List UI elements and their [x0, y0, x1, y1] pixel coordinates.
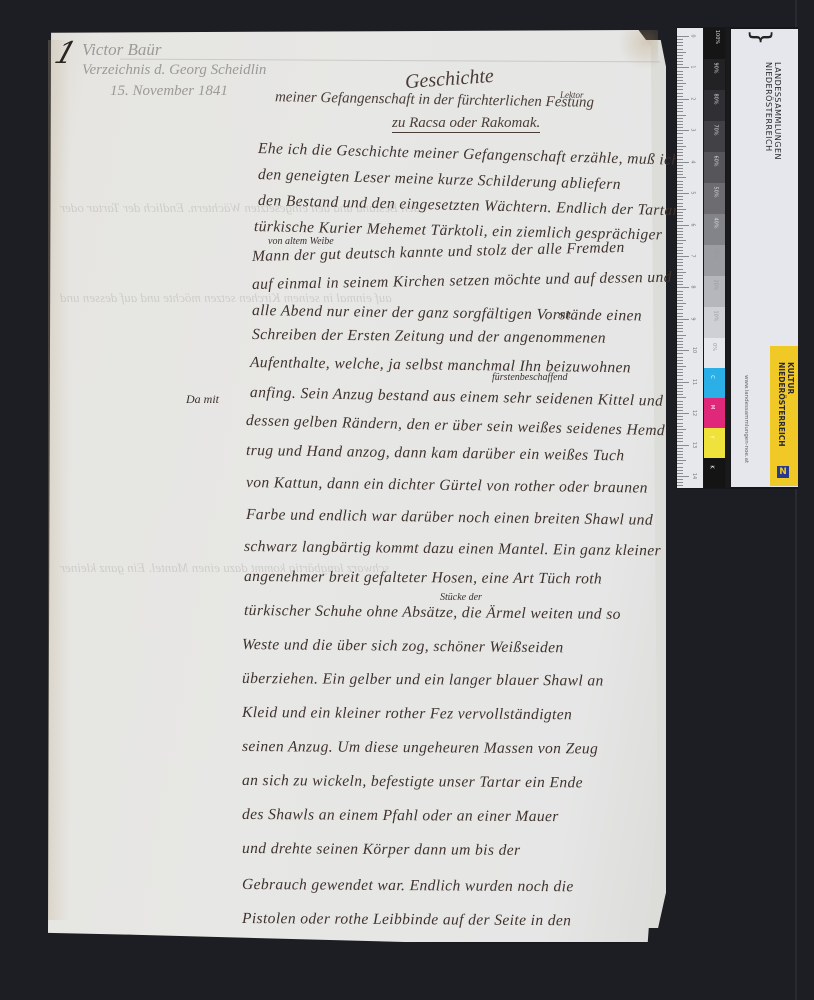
ruler-number: 7 — [690, 254, 696, 257]
ruler-tick — [677, 416, 683, 417]
ruler-tick — [677, 184, 683, 185]
ruler-tick — [677, 435, 683, 436]
ruler-tick — [677, 140, 683, 141]
ruler-tick — [677, 335, 686, 336]
ruler-tick — [677, 309, 683, 310]
ruler-number: 4 — [690, 160, 696, 163]
interlinear-note: fürstenbeschaffend — [492, 372, 568, 383]
ruler-number: 2 — [690, 97, 696, 100]
ruler-tick — [677, 152, 683, 153]
manuscript-line: angenehmer breit gefalteter Hosen, eine … — [244, 568, 602, 588]
ruler-tick — [677, 39, 683, 40]
patch-label: 40% — [713, 217, 719, 228]
ruler-tick — [677, 322, 683, 323]
ruler-number: 1 — [690, 66, 696, 69]
ruler-tick — [677, 55, 683, 56]
ruler-number: 13 — [691, 441, 697, 447]
ruler-tick — [677, 313, 683, 314]
patch-label: 80% — [713, 93, 719, 104]
ruler-tick — [677, 265, 683, 266]
ruler-tick — [677, 423, 683, 424]
ruler-tick — [677, 419, 683, 420]
archive-note-date: 15. November 1841 — [110, 83, 228, 100]
ruler-tick — [677, 215, 683, 216]
ruler-tick — [677, 391, 683, 392]
ruler-tick — [677, 379, 683, 380]
ruler-tick — [677, 108, 683, 109]
patch-label: Y — [709, 435, 715, 438]
ruler-tick — [677, 256, 689, 257]
ruler-tick — [677, 77, 683, 78]
color-patch-k: K — [704, 458, 725, 488]
ruler-tick — [677, 300, 683, 301]
ruler-tick — [677, 287, 689, 288]
ruler-tick — [677, 441, 683, 442]
ruler-tick — [677, 96, 683, 97]
ruler-tick — [677, 479, 683, 480]
ruler-tick — [677, 460, 686, 461]
ruler-tick — [677, 278, 683, 279]
ruler-tick — [677, 133, 683, 134]
ruler-number: 0 — [690, 34, 696, 37]
ruler-tick — [677, 272, 686, 273]
gray-patch: 10% — [704, 307, 725, 338]
ruler-tick — [677, 385, 683, 386]
gray-patch: 70% — [704, 121, 725, 152]
ruler-tick — [677, 67, 689, 68]
ruler-tick — [677, 397, 686, 398]
ruler-tick — [677, 121, 683, 122]
ruler-tick — [677, 401, 683, 402]
ruler-tick — [677, 212, 683, 213]
color-patch-c: C — [704, 368, 725, 398]
ruler-tick — [677, 193, 689, 194]
ruler-tick — [677, 168, 683, 169]
ruler-tick — [677, 366, 686, 367]
patch-label: 70% — [713, 124, 719, 135]
ruler-tick — [677, 407, 683, 408]
ruler-tick — [677, 89, 683, 90]
measurement-ruler: 01234567891011121314 — [677, 28, 703, 488]
patch-label: 30% — [713, 248, 719, 259]
ruler-tick — [677, 303, 686, 304]
ruler-tick — [677, 42, 683, 43]
ruler-tick — [677, 74, 683, 75]
ruler-tick — [677, 93, 683, 94]
patch-label: 50% — [713, 186, 719, 197]
gray-patch: 30% — [704, 245, 725, 276]
ruler-tick — [677, 394, 683, 395]
ruler-tick — [677, 294, 683, 295]
ruler-tick — [677, 61, 683, 62]
ruler-tick — [677, 190, 683, 191]
patch-label: C — [709, 375, 715, 379]
ruler-tick — [677, 221, 683, 222]
ruler-tick — [677, 413, 689, 414]
ruler-tick — [677, 228, 683, 229]
ruler-tick — [677, 250, 683, 251]
archive-note-author: Victor Baür — [82, 40, 161, 60]
brand-line-2: NIEDERÖSTERREICH — [777, 362, 786, 447]
ruler-tick — [677, 291, 683, 292]
ruler-tick — [677, 262, 683, 263]
document-place-heading: zu Racsa oder Rakomak. — [392, 115, 540, 133]
color-patch-m: M — [704, 398, 725, 428]
ruler-number: 10 — [691, 347, 697, 353]
ruler-tick — [677, 237, 683, 238]
ruler-tick — [677, 187, 683, 188]
ruler-tick — [677, 269, 683, 270]
ruler-tick — [677, 218, 683, 219]
ruler-tick — [677, 165, 683, 166]
ruler-tick — [677, 281, 683, 282]
ruler-tick — [677, 463, 683, 464]
ruler-tick — [677, 445, 689, 446]
interlinear-note: Stücke der — [440, 592, 482, 603]
patch-label: 100% — [714, 30, 720, 44]
ruler-tick — [677, 206, 683, 207]
ruler-tick — [677, 297, 683, 298]
manuscript-line: an sich zu wickeln, befestigte unser Tar… — [242, 772, 583, 792]
ruler-tick — [677, 99, 689, 100]
archive-note-reference: Verzeichnis d. Georg Scheidlin — [82, 62, 266, 79]
ruler-tick — [677, 196, 683, 197]
ruler-tick — [677, 143, 683, 144]
ruler-tick — [677, 118, 683, 119]
institution-name-line-2: NIEDERÖSTERREICH — [764, 62, 773, 152]
ruler-tick — [677, 71, 683, 72]
ruler-tick — [677, 470, 683, 471]
ruler-tick — [677, 231, 683, 232]
ruler-tick — [677, 388, 683, 389]
color-patch-y: Y — [704, 428, 725, 458]
ruler-tick — [677, 124, 683, 125]
ruler-tick — [677, 426, 683, 427]
ruler-tick — [677, 159, 683, 160]
calibration-divider — [726, 28, 730, 488]
ruler-tick — [677, 350, 689, 351]
ruler-tick — [677, 429, 686, 430]
manuscript-line: und drehte seinen Körper dann um bis der — [242, 840, 521, 860]
manuscript-line: Weste und die über sich zog, schöner Wei… — [242, 636, 564, 657]
gray-patch: 50% — [704, 183, 725, 214]
ruler-tick — [677, 363, 683, 364]
ruler-tick — [677, 171, 683, 172]
ruler-tick — [677, 454, 683, 455]
ruler-tick — [677, 52, 686, 53]
manuscript-line: Kleid und ein kleiner rother Fez vervoll… — [242, 704, 572, 724]
ruler-tick — [677, 111, 683, 112]
ruler-tick — [677, 275, 683, 276]
ruler-tick — [677, 432, 683, 433]
gray-patch: 20% — [704, 276, 725, 307]
subtitle-superscript: Lektor — [560, 90, 584, 100]
margin-note: Da mit — [186, 392, 219, 407]
ruler-number: 5 — [690, 192, 696, 195]
ruler-tick — [677, 45, 683, 46]
ruler-tick — [677, 225, 689, 226]
manuscript-line: Schreiben der Ersten Zeitung und der ang… — [252, 326, 606, 348]
ruler-tick — [677, 174, 683, 175]
ruler-tick — [677, 438, 683, 439]
ruler-tick — [677, 451, 683, 452]
ruler-tick — [677, 331, 683, 332]
ruler-tick — [677, 473, 683, 474]
patch-label: 90% — [713, 62, 719, 73]
ruler-tick — [677, 64, 683, 65]
patch-label: M — [709, 405, 715, 409]
institution-name-line-1: LANDESSAMMLUNGEN — [773, 62, 782, 160]
ruler-number: 14 — [691, 473, 697, 479]
ruler-tick — [677, 485, 683, 486]
ruler-tick — [677, 247, 683, 248]
ruler-number: 12 — [691, 410, 697, 416]
ruler-tick — [677, 375, 683, 376]
ruler-tick — [677, 127, 683, 128]
ruler-tick — [677, 162, 689, 163]
ruler-tick — [677, 86, 683, 87]
ruler-tick — [677, 357, 683, 358]
ruler-number: 6 — [690, 223, 696, 226]
ruler-tick — [677, 341, 683, 342]
ruler-tick — [677, 130, 689, 131]
ruler-tick — [677, 240, 686, 241]
ruler-tick — [677, 369, 683, 370]
ruler-tick — [677, 149, 683, 150]
ruler-number: 9 — [690, 317, 696, 320]
ruler-tick — [677, 344, 683, 345]
manuscript-line: seinen Anzug. Um diese ungeheuren Massen… — [242, 738, 598, 758]
ruler-tick — [677, 284, 683, 285]
interlinear-note: mit — [558, 310, 571, 321]
gray-patch: 60% — [704, 152, 725, 183]
ruler-tick — [677, 360, 683, 361]
ruler-tick — [677, 137, 683, 138]
ruler-tick — [677, 457, 683, 458]
ruler-number: 11 — [691, 379, 697, 385]
ruler-tick — [677, 319, 689, 320]
ruler-tick — [677, 155, 683, 156]
manuscript-line: des Shawls an einem Pfahl oder an einer … — [242, 806, 559, 826]
ruler-tick — [677, 177, 686, 178]
niederoesterreich-logo-icon: N — [777, 466, 789, 478]
ruler-tick — [677, 448, 683, 449]
ruler-tick — [677, 181, 683, 182]
ruler-tick — [677, 253, 683, 254]
ruler-tick — [677, 382, 689, 383]
patch-label: 10% — [713, 310, 719, 321]
ruler-tick — [677, 328, 683, 329]
ruler-tick — [677, 199, 683, 200]
ruler-number: 3 — [690, 129, 696, 132]
ruler-tick — [677, 410, 683, 411]
ruler-number: 8 — [690, 286, 696, 289]
ruler-tick — [677, 347, 683, 348]
ruler-tick — [677, 325, 683, 326]
ruler-tick — [677, 105, 683, 106]
ruler-tick — [677, 353, 683, 354]
ruler-tick — [677, 115, 686, 116]
manuscript-line: überziehen. Ein gelber und ein langer bl… — [242, 670, 604, 691]
ruler-tick — [677, 404, 683, 405]
ruler-tick — [677, 316, 683, 317]
ruler-tick — [677, 58, 683, 59]
ruler-tick — [677, 209, 686, 210]
patch-label: 20% — [713, 279, 719, 290]
manuscript-line: Gebrauch gewendet war. Endlich wurden no… — [242, 876, 574, 896]
patch-label: K — [709, 465, 715, 468]
ruler-tick — [677, 49, 683, 50]
ruler-tick — [677, 259, 683, 260]
paper-corner-stain — [618, 30, 658, 70]
ruler-tick — [677, 102, 683, 103]
ruler-tick — [677, 83, 686, 84]
ruler-tick — [677, 80, 683, 81]
gray-patch: 100% — [704, 28, 725, 59]
ruler-tick — [677, 476, 689, 477]
ruler-tick — [677, 243, 683, 244]
ruler-tick — [677, 234, 683, 235]
ruler-tick — [677, 467, 683, 468]
gray-patch: 0% — [704, 338, 725, 369]
ruler-tick — [677, 372, 683, 373]
ruler-tick — [677, 482, 683, 483]
gray-patch: 40% — [704, 214, 725, 245]
ruler-tick — [677, 306, 683, 307]
ruler-tick — [677, 36, 689, 37]
ruler-tick — [677, 203, 683, 204]
ruler-tick — [677, 338, 683, 339]
gray-patch: 90% — [704, 59, 725, 90]
ruler-tick — [677, 146, 686, 147]
patch-label: 0% — [711, 343, 717, 351]
manuscript-line: Pistolen oder rothe Leibbinde auf der Se… — [242, 910, 571, 930]
brand-line-1: KULTUR — [786, 362, 795, 394]
gray-patch: 80% — [704, 90, 725, 121]
institution-website: www.landessammlungen-noe.at — [743, 375, 749, 463]
patch-label: 60% — [713, 155, 719, 166]
